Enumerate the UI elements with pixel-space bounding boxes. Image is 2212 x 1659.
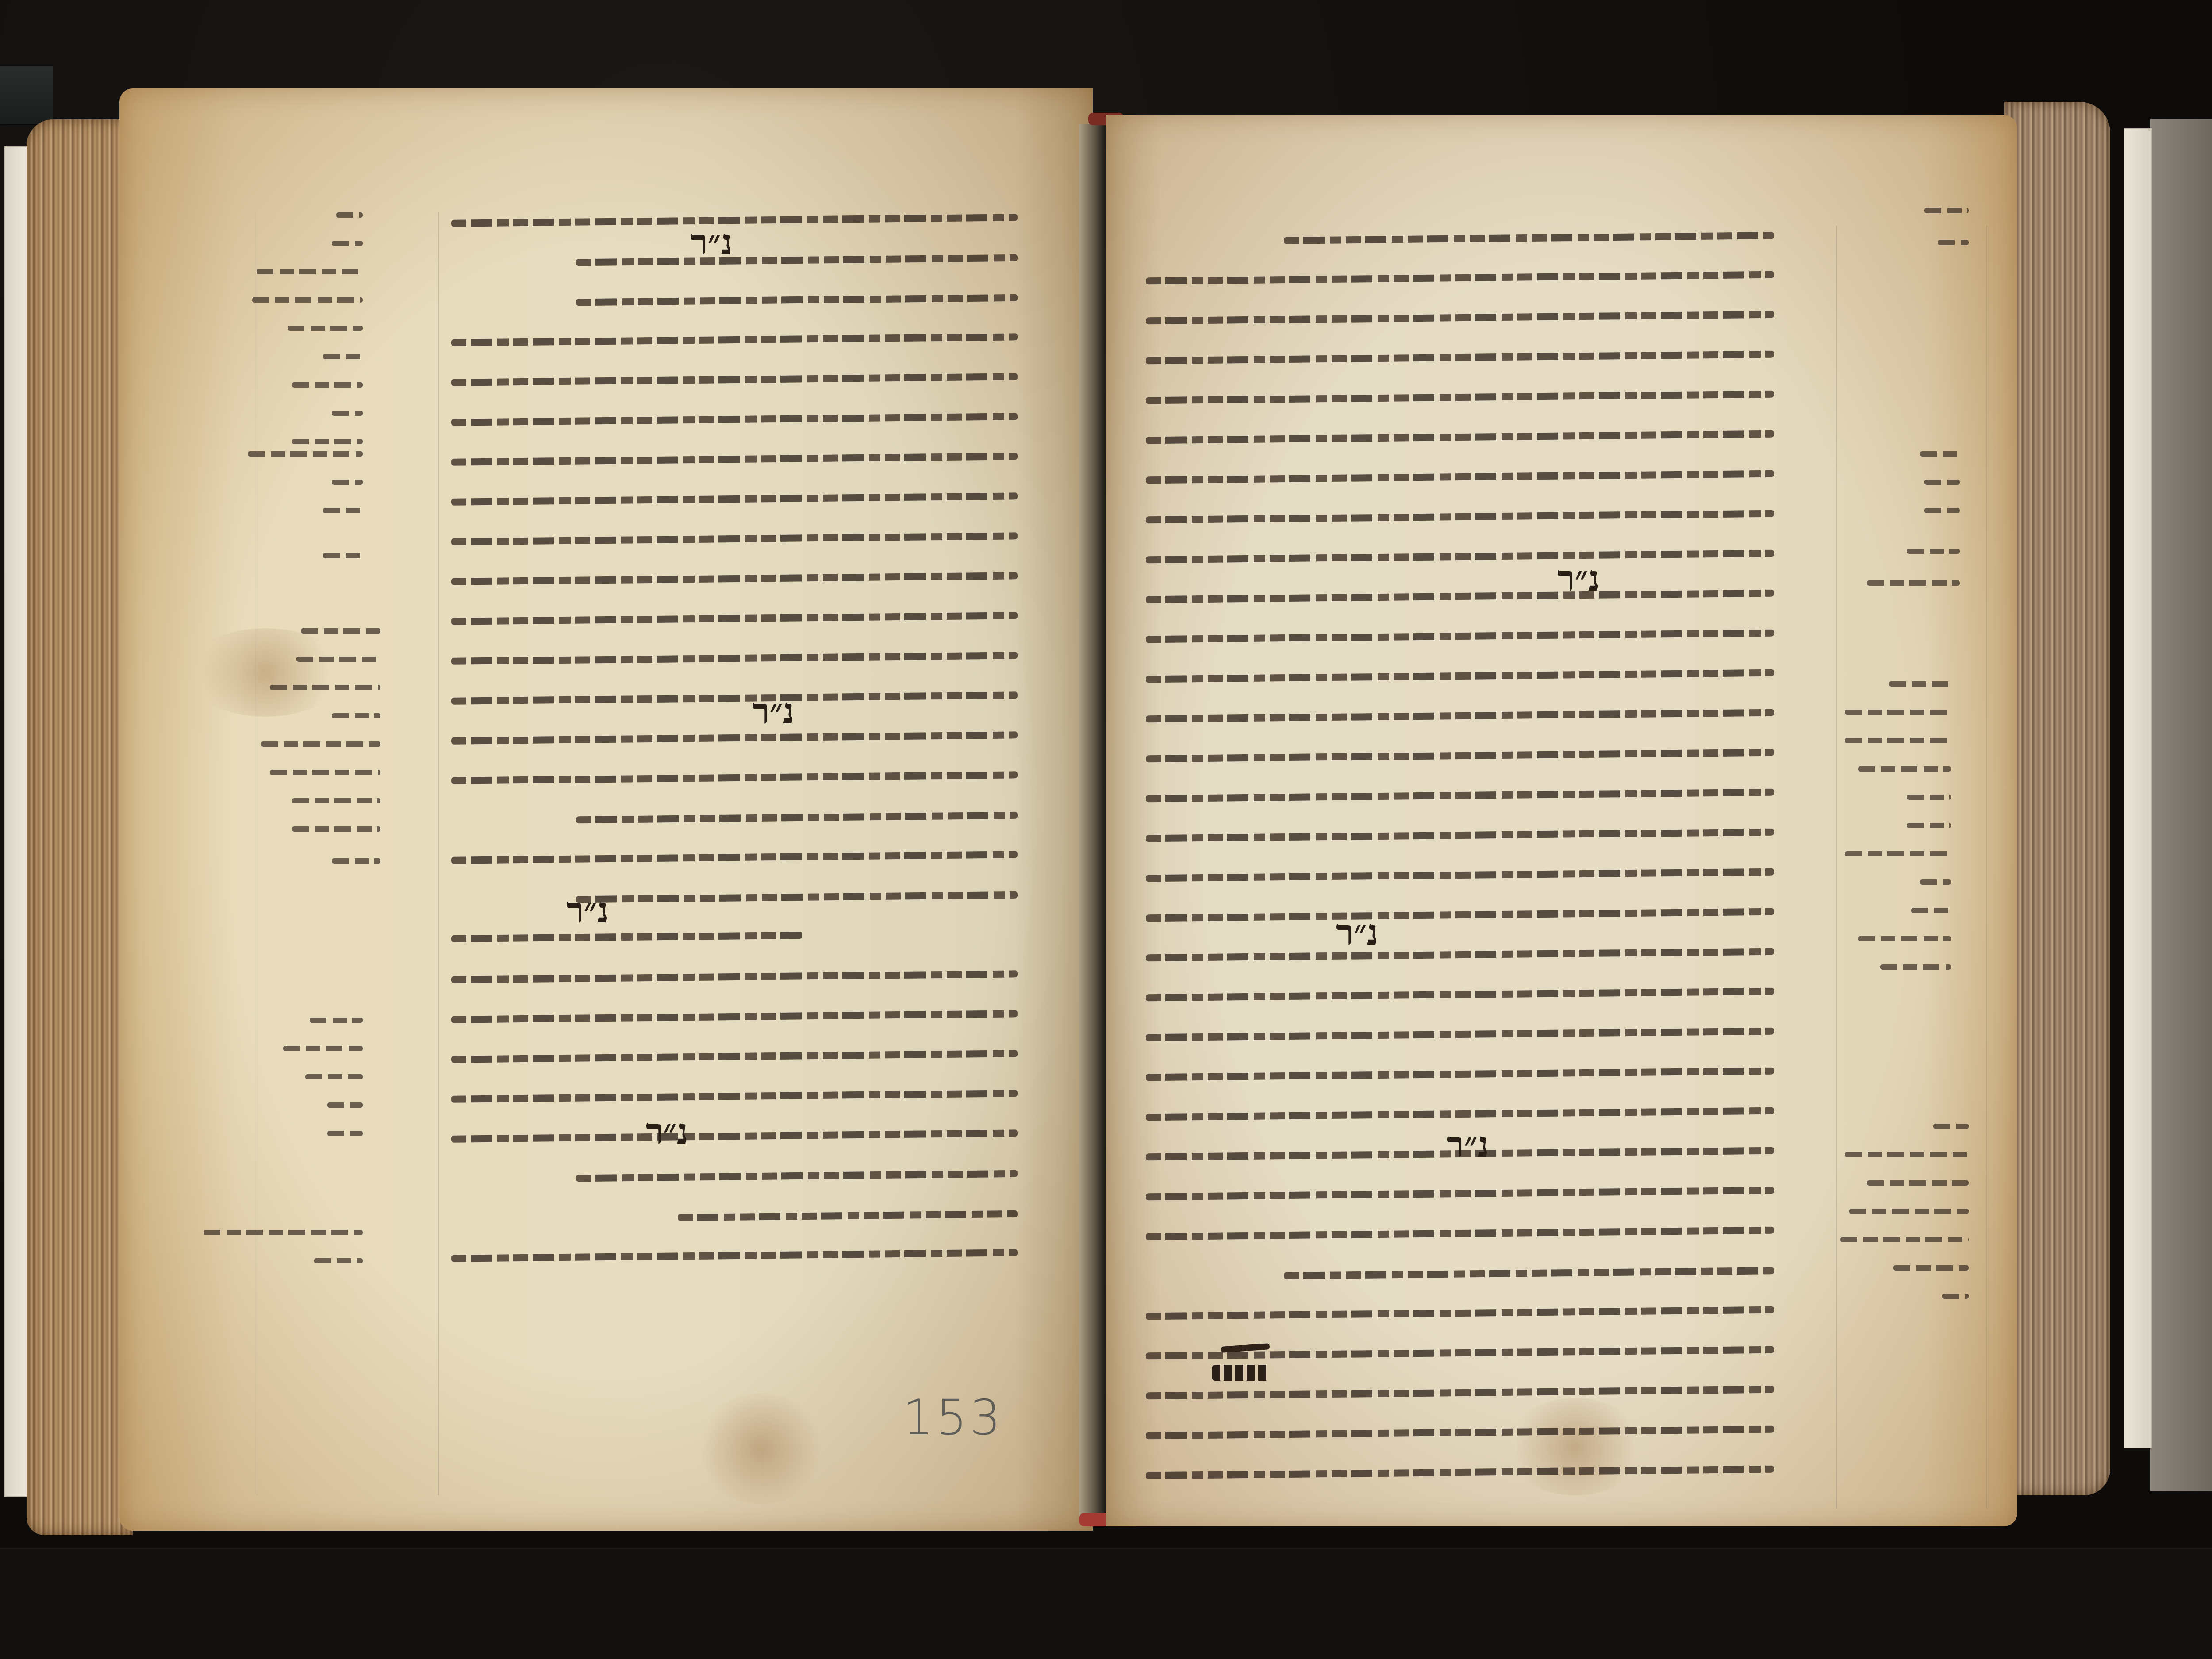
margin-note-line: [292, 382, 363, 388]
text-line: [451, 413, 1018, 426]
margin-note-line: [1867, 580, 1960, 586]
rubric-mark: נ״ר: [1557, 557, 1600, 599]
left-main-text: [451, 217, 1018, 1292]
text-line: [451, 572, 1018, 585]
margin-note-line: [1845, 851, 1951, 856]
margin-note-line: [1845, 710, 1951, 715]
text-line: [1146, 1028, 1774, 1041]
margin-notes-right-2: [1858, 451, 1960, 609]
text-line: [451, 1249, 1018, 1262]
text-line: [451, 1090, 1018, 1102]
text-line: [451, 970, 1018, 983]
text-line: [1146, 1306, 1774, 1320]
text-line: [451, 691, 1018, 704]
text-line: [1146, 590, 1774, 603]
margin-note-line: [301, 628, 380, 634]
text-line: [451, 492, 1018, 505]
text-line: [451, 612, 1018, 625]
text-line: [1146, 669, 1774, 683]
margin-note-line: [1942, 1294, 1969, 1299]
support-paper-left: [4, 146, 28, 1497]
text-line: [1146, 391, 1774, 404]
margin-note-line: [257, 269, 363, 274]
margin-note-line: [296, 657, 380, 662]
margin-note-line: [270, 770, 380, 775]
text-line: [576, 254, 1018, 266]
support-paper-right: [2124, 128, 2152, 1448]
margin-note-line: [1920, 451, 1960, 457]
margin-note-line: [327, 1131, 363, 1136]
text-line: [1146, 789, 1774, 803]
text-line: [1146, 430, 1774, 444]
margin-note-line: [323, 354, 363, 359]
ruling-line: [1986, 226, 1987, 1509]
text-line: [1146, 1107, 1774, 1121]
text-line: [1146, 351, 1774, 365]
margin-notes-right-1: [1871, 208, 1969, 268]
text-line: [1146, 1466, 1774, 1479]
margin-note-line: [252, 297, 363, 303]
margin-note-line: [327, 1102, 363, 1108]
ruling-line: [438, 212, 439, 1495]
text-line: [576, 891, 1018, 903]
text-line: [1146, 1426, 1774, 1440]
margin-notes-right-4: [1836, 1124, 1969, 1322]
text-line: [451, 1129, 1018, 1142]
margin-note-line: [332, 411, 363, 416]
text-line: [451, 652, 1018, 664]
margin-note-line: [1907, 795, 1951, 800]
margin-note-line: [323, 553, 363, 558]
text-line: [451, 851, 1018, 864]
margin-note-line: [1920, 879, 1951, 885]
margin-note-line: [323, 508, 363, 513]
text-line: [1146, 829, 1774, 842]
margin-note-line: [1889, 681, 1951, 687]
rubric-mark: נ״ר: [1447, 1124, 1489, 1166]
text-line: [678, 1210, 1018, 1221]
text-line: [1146, 1187, 1774, 1201]
margin-notes-right-3: [1836, 681, 1951, 993]
margin-note-line: [1924, 508, 1960, 513]
margin-note-line: [292, 798, 380, 803]
margin-note-line: [1938, 240, 1969, 245]
margin-note-line: [288, 326, 363, 331]
rubric-mark: נ״ר: [646, 1110, 688, 1152]
margin-note-line: [1933, 1124, 1969, 1129]
margin-notes-left-3: [248, 628, 380, 887]
margin-note-line: [270, 685, 380, 690]
text-line: [1146, 709, 1774, 723]
margin-note-line: [332, 480, 363, 485]
margin-note-line: [1924, 480, 1960, 485]
margin-note-line: [1845, 1152, 1969, 1157]
text-line: [1146, 1386, 1774, 1400]
rubric-mark: נ״ר: [1336, 911, 1379, 953]
rubric-mark: נ״ר: [566, 889, 609, 931]
margin-note-line: [1911, 908, 1951, 913]
text-line: [1146, 271, 1774, 285]
folio-number: 153: [902, 1389, 1003, 1446]
text-line: [1146, 868, 1774, 882]
text-line: [451, 1010, 1018, 1023]
text-line: [1146, 1068, 1774, 1081]
text-line: [451, 453, 1018, 465]
margin-notes-left-2: [230, 451, 363, 581]
margin-note-line: [1893, 1265, 1969, 1271]
text-line: [1146, 311, 1774, 325]
book-stand-right: [2150, 119, 2212, 1491]
margin-note-line: [1849, 1209, 1969, 1214]
margin-note-line: [1845, 738, 1951, 743]
right-main-text: [1146, 234, 1774, 1509]
margin-note-line: [332, 713, 380, 718]
rubric-mark: נ״ר: [690, 221, 733, 263]
text-line: [451, 333, 1018, 346]
page-stack-left: [27, 119, 133, 1535]
text-line: [451, 932, 803, 942]
margin-note-line: [261, 741, 380, 747]
text-line: [1284, 1267, 1774, 1279]
margin-note-line: [310, 1018, 363, 1023]
margin-note-line: [1907, 823, 1951, 828]
margin-note-line: [314, 1258, 363, 1263]
margin-note-line: [1867, 1180, 1969, 1186]
text-line: [1146, 630, 1774, 643]
margin-note-line: [292, 826, 380, 832]
page-stack-right: [2004, 102, 2110, 1495]
text-line: [1146, 1227, 1774, 1240]
margin-note-line: [1858, 936, 1951, 941]
margin-note-line: [332, 858, 380, 864]
text-line: [451, 731, 1018, 744]
margin-note-line: [336, 212, 363, 218]
water-stain: [695, 1394, 827, 1504]
text-line: [1146, 470, 1774, 484]
text-line: [1146, 550, 1774, 564]
margin-note-line: [1924, 208, 1969, 213]
rubric-mark: נ״ר: [752, 690, 795, 732]
text-line: [576, 812, 1018, 823]
margin-note-line: [283, 1046, 363, 1051]
margin-note-line: [292, 439, 363, 444]
catchword-signature: [1212, 1340, 1274, 1385]
margin-note-line: [332, 241, 363, 246]
text-line: [576, 294, 1018, 306]
margin-note-line: [1880, 964, 1951, 970]
text-line: [451, 532, 1018, 545]
book-stand-left: [0, 66, 53, 125]
text-line: [576, 1170, 1018, 1182]
background-lower-band: [0, 1548, 2212, 1659]
margin-note-line: [1907, 549, 1960, 554]
margin-note-line: [1858, 766, 1951, 772]
margin-note-line: [248, 451, 363, 457]
text-line: [451, 373, 1018, 386]
text-line: [1146, 908, 1774, 922]
text-line: [1146, 510, 1774, 524]
text-line: [451, 1050, 1018, 1063]
margin-notes-left-5: [186, 1230, 363, 1286]
margin-notes-left-1: [221, 212, 363, 467]
margin-note-line: [305, 1074, 363, 1079]
text-line: [1146, 988, 1774, 1002]
catchword-stroke: [1221, 1343, 1270, 1353]
margin-notes-left-4: [265, 1018, 363, 1159]
text-line: [1146, 948, 1774, 962]
text-line: [1146, 749, 1774, 763]
catchword-text: [1212, 1365, 1270, 1381]
margin-note-line: [1840, 1237, 1969, 1242]
margin-note-line: [204, 1230, 363, 1235]
text-line: [451, 771, 1018, 784]
